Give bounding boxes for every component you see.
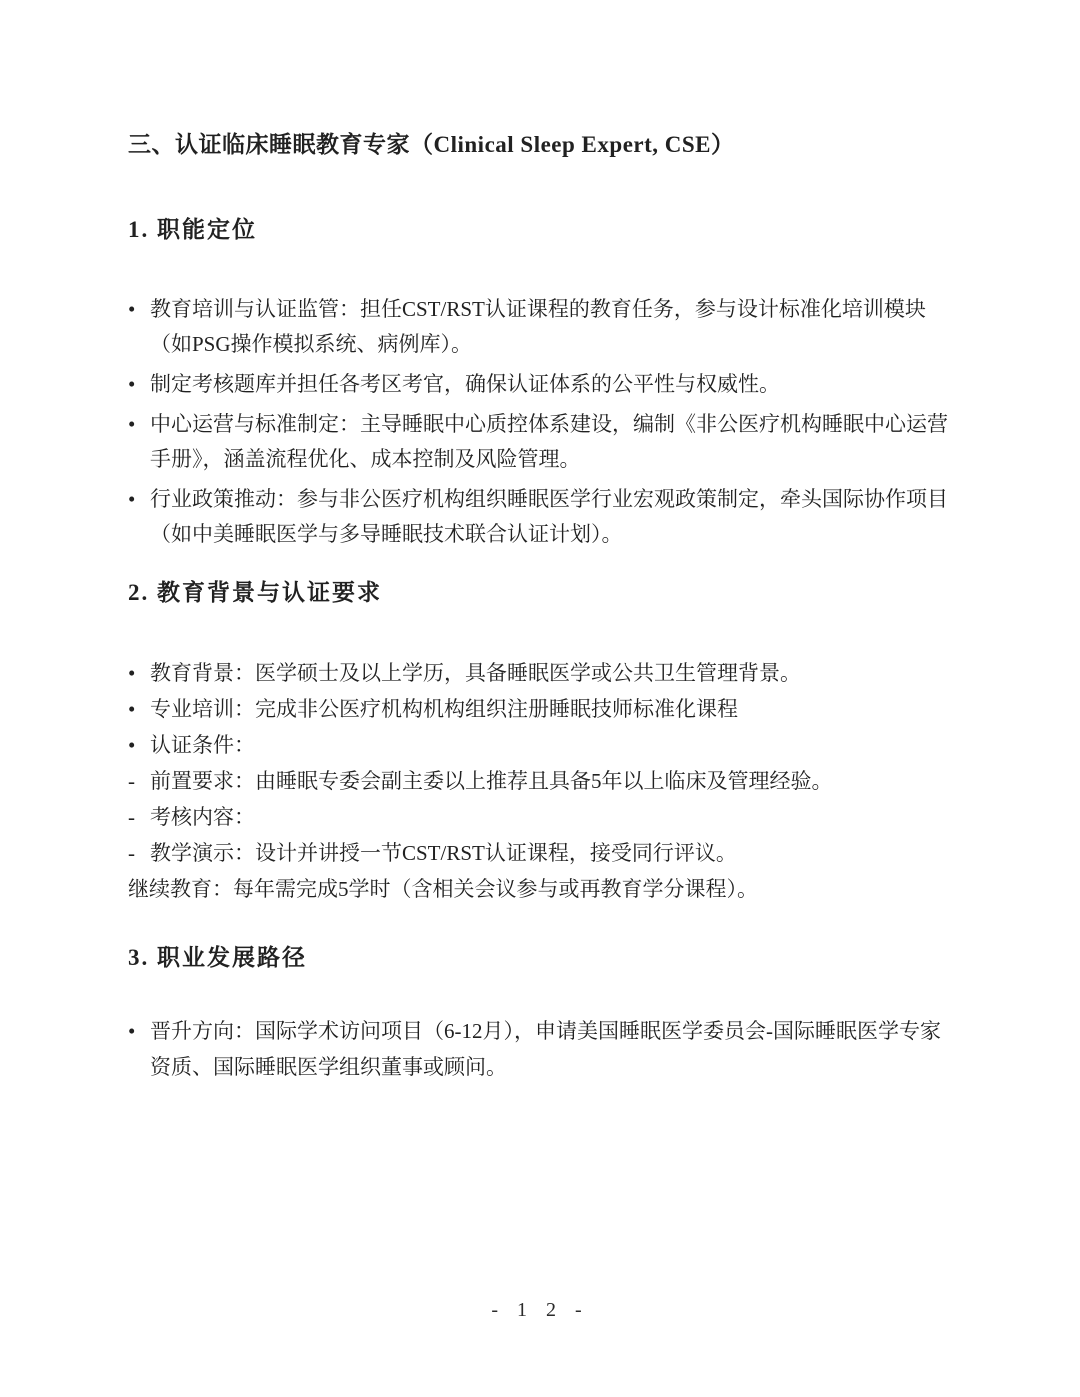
section-function-positioning: 1. 职能定位 • 教育培训与认证监管：担任CST/RST认证课程的教育任务，参… xyxy=(128,214,968,552)
list-item-text: 中心运营与标准制定：主导睡眠中心质控体系建设，编制《非公医疗机构睡眠中心运营 手… xyxy=(150,407,968,477)
section-heading-2: 2. 教育背景与认证要求 xyxy=(128,577,968,609)
bullet-list-3: • 晋升方向：国际学术访问项目（6-12月），申请美国睡眠医学委员会-国际睡眠医… xyxy=(128,1013,968,1085)
list-item: • 专业培训：完成非公医疗机构机构组织注册睡眠技师标准化课程 xyxy=(128,691,968,727)
list-item: - 前置要求：由睡眠专委会副主委以上推荐且具备5年以上临床及管理经验。 xyxy=(128,763,968,799)
list-item: - 教学演示：设计并讲授一节CST/RST认证课程，接受同行评议。 xyxy=(128,835,968,871)
list-item: • 教育培训与认证监管：担任CST/RST认证课程的教育任务，参与设计标准化培训… xyxy=(128,292,968,362)
section-career-path: 3. 职业发展路径 • 晋升方向：国际学术访问项目（6-12月），申请美国睡眠医… xyxy=(128,942,968,1085)
bullet-marker: • xyxy=(128,691,150,727)
list-item-text: 教育背景：医学硕士及以上学历，具备睡眠医学或公共卫生管理背景。 xyxy=(150,655,968,691)
list-item: 继续教育：每年需完成5学时（含相关会议参与或再教育学分课程）。 xyxy=(128,871,968,907)
list-item: • 教育背景：医学硕士及以上学历，具备睡眠医学或公共卫生管理背景。 xyxy=(128,655,968,691)
bullet-marker: • xyxy=(128,407,150,477)
dash-marker: - xyxy=(128,799,150,835)
list-item: • 认证条件： xyxy=(128,727,968,763)
list-item-text: 前置要求：由睡眠专委会副主委以上推荐且具备5年以上临床及管理经验。 xyxy=(150,763,968,799)
bullet-marker: • xyxy=(128,1013,150,1085)
list-item-text: 认证条件： xyxy=(150,727,968,763)
bullet-marker: • xyxy=(128,367,150,402)
bullet-marker: • xyxy=(128,727,150,763)
document-title: 三、认证临床睡眠教育专家（Clinical Sleep Expert, CSE） xyxy=(128,128,968,162)
page-number: - 1 2 - xyxy=(0,1295,1080,1325)
list-item-text: 制定考核题库并担任各考区考官，确保认证体系的公平性与权威性。 xyxy=(150,367,968,402)
list-item: • 制定考核题库并担任各考区考官，确保认证体系的公平性与权威性。 xyxy=(128,367,968,402)
dash-marker: - xyxy=(128,835,150,871)
section-education-certification: 2. 教育背景与认证要求 • 教育背景：医学硕士及以上学历，具备睡眠医学或公共卫… xyxy=(128,577,968,907)
list-item: • 行业政策推动：参与非公医疗机构组织睡眠医学行业宏观政策制定，牵头国际协作项目… xyxy=(128,482,968,552)
list-item-text: 继续教育：每年需完成5学时（含相关会议参与或再教育学分课程）。 xyxy=(128,871,968,907)
bullet-list-2: • 教育背景：医学硕士及以上学历，具备睡眠医学或公共卫生管理背景。 • 专业培训… xyxy=(128,655,968,907)
bullet-marker: • xyxy=(128,655,150,691)
section-heading-1: 1. 职能定位 xyxy=(128,214,968,246)
list-item-text: 晋升方向：国际学术访问项目（6-12月），申请美国睡眠医学委员会-国际睡眠医学专… xyxy=(150,1013,968,1085)
section-heading-3: 3. 职业发展路径 xyxy=(128,942,968,974)
dash-marker: - xyxy=(128,763,150,799)
list-item-text: 教育培训与认证监管：担任CST/RST认证课程的教育任务，参与设计标准化培训模块… xyxy=(150,292,968,362)
bullet-list-1: • 教育培训与认证监管：担任CST/RST认证课程的教育任务，参与设计标准化培训… xyxy=(128,292,968,552)
bullet-marker: • xyxy=(128,482,150,552)
list-item-text: 教学演示：设计并讲授一节CST/RST认证课程，接受同行评议。 xyxy=(150,835,968,871)
list-item: - 考核内容： xyxy=(128,799,968,835)
bullet-marker: • xyxy=(128,292,150,362)
list-item-text: 考核内容： xyxy=(150,799,968,835)
list-item: • 晋升方向：国际学术访问项目（6-12月），申请美国睡眠医学委员会-国际睡眠医… xyxy=(128,1013,968,1085)
document-page: 三、认证临床睡眠教育专家（Clinical Sleep Expert, CSE）… xyxy=(0,0,1080,1397)
list-item-text: 行业政策推动：参与非公医疗机构组织睡眠医学行业宏观政策制定，牵头国际协作项目 （… xyxy=(150,482,968,552)
list-item: • 中心运营与标准制定：主导睡眠中心质控体系建设，编制《非公医疗机构睡眠中心运营… xyxy=(128,407,968,477)
list-item-text: 专业培训：完成非公医疗机构机构组织注册睡眠技师标准化课程 xyxy=(150,691,968,727)
